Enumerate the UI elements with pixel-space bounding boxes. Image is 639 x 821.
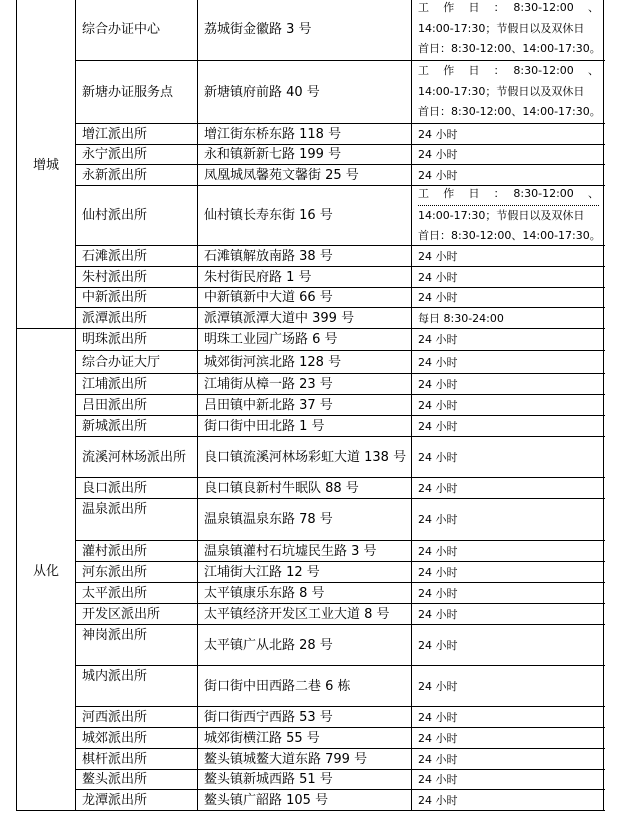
table-row: 城内派出所街口街中田西路二巷 6 栋24 小时 xyxy=(76,666,605,707)
station-address: 鳌头镇广韶路 105 号 xyxy=(198,790,412,810)
station-name: 新塘办证服务点 xyxy=(76,61,198,123)
station-address: 街口街中田北路 1 号 xyxy=(198,416,412,436)
station-name: 河西派出所 xyxy=(76,707,198,727)
station-address: 太平镇经济开发区工业大道 8 号 xyxy=(198,604,412,624)
station-name: 棋杆派出所 xyxy=(76,749,198,769)
station-name: 增江派出所 xyxy=(76,124,198,144)
office-hours: 24 小时 xyxy=(412,749,604,769)
office-hours: 24 小时 xyxy=(412,437,604,477)
table-row: 温泉派出所温泉镇温泉东路 78 号24 小时 xyxy=(76,499,605,541)
office-hours-line: 首日：8:30-12:00、14:00-17:30。 xyxy=(418,226,599,245)
table-row: 中新派出所中新镇新中大道 66 号24 小时 xyxy=(76,288,605,308)
table-row: 新城派出所街口街中田北路 1 号24 小时 xyxy=(76,416,605,437)
station-address: 太平镇康乐东路 8 号 xyxy=(198,583,412,603)
station-name: 中新派出所 xyxy=(76,288,198,307)
station-address: 石滩镇解放南路 38 号 xyxy=(198,246,412,266)
station-address: 中新镇新中大道 66 号 xyxy=(198,288,412,307)
station-address: 派潭镇派潭大道中 399 号 xyxy=(198,308,412,328)
station-address: 街口街中田西路二巷 6 栋 xyxy=(198,666,412,706)
station-address: 江埔街从樟一路 23 号 xyxy=(198,374,412,394)
table-row: 朱村派出所朱村街民府路 1 号24 小时 xyxy=(76,267,605,288)
office-hours: 24 小时 xyxy=(412,395,604,415)
office-hours: 24 小时 xyxy=(412,165,604,185)
office-hours: 24 小时 xyxy=(412,246,604,266)
table-row: 永宁派出所永和镇新新七路 199 号24 小时 xyxy=(76,145,605,165)
station-name: 新城派出所 xyxy=(76,416,198,436)
table-row: 增江派出所增江街东桥东路 118 号24 小时 xyxy=(76,124,605,145)
station-address: 朱村街民府路 1 号 xyxy=(198,267,412,287)
station-address: 城郊街河滨北路 128 号 xyxy=(198,351,412,373)
table-row: 鳌头派出所鳌头镇新城西路 51 号24 小时 xyxy=(76,770,605,790)
office-hours-line: 工 作 日 ： 8:30-12:00 、 xyxy=(418,0,599,19)
station-address: 鳌头镇城鳌大道东路 799 号 xyxy=(198,749,412,769)
station-name: 良口派出所 xyxy=(76,478,198,498)
station-name: 永新派出所 xyxy=(76,165,198,185)
table-row: 江埔派出所江埔街从樟一路 23 号24 小时 xyxy=(76,374,605,395)
station-name: 江埔派出所 xyxy=(76,374,198,394)
table-row: 神岗派出所太平镇广从北路 28 号24 小时 xyxy=(76,625,605,666)
station-name: 石滩派出所 xyxy=(76,246,198,266)
station-name: 综合办证大厅 xyxy=(76,351,198,373)
station-name: 开发区派出所 xyxy=(76,604,198,624)
table-row: 仙村派出所仙村镇长寿东街 16 号工 作 日 ： 8:30-12:00 、14:… xyxy=(76,186,605,246)
office-hours: 24 小时 xyxy=(412,145,604,164)
station-address: 鳌头镇新城西路 51 号 xyxy=(198,770,412,789)
district-name: 增城 xyxy=(17,0,76,329)
office-hours: 每日 8:30-24:00 xyxy=(412,308,604,328)
table-row: 流溪河林场派出所良口镇流溪河林场彩虹大道 138 号24 小时 xyxy=(76,437,605,478)
station-name: 温泉派出所 xyxy=(76,499,198,540)
office-hours: 24 小时 xyxy=(412,604,604,624)
table-row: 太平派出所太平镇康乐东路 8 号24 小时 xyxy=(76,583,605,604)
office-hours: 24 小时 xyxy=(412,562,604,582)
station-address: 良口镇良新村牛眠队 88 号 xyxy=(198,478,412,498)
office-hours: 24 小时 xyxy=(412,267,604,287)
office-hours: 24 小时 xyxy=(412,625,604,665)
office-hours: 24 小时 xyxy=(412,790,604,810)
office-hours: 24 小时 xyxy=(412,728,604,748)
office-hours: 24 小时 xyxy=(412,374,604,394)
table-row: 综合办证大厅城郊街河滨北路 128 号24 小时 xyxy=(76,351,605,374)
station-name: 灌村派出所 xyxy=(76,541,198,561)
station-name: 明珠派出所 xyxy=(76,329,198,350)
station-name: 派潭派出所 xyxy=(76,308,198,328)
office-hours-line: 首日：8:30-12:00、14:00-17:30。 xyxy=(418,102,599,123)
office-hours: 24 小时 xyxy=(412,478,604,498)
table-row: 开发区派出所太平镇经济开发区工业大道 8 号24 小时 xyxy=(76,604,605,625)
office-hours: 工 作 日 ： 8:30-12:00 、14:00-17:30；节假日以及双休日… xyxy=(412,186,604,245)
station-address: 城郊街横江路 55 号 xyxy=(198,728,412,748)
office-hours: 24 小时 xyxy=(412,288,604,307)
office-hours-line: 14:00-17:30；节假日以及双休日 xyxy=(418,82,599,103)
office-hours-line: 14:00-17:30；节假日以及双休日 xyxy=(418,206,599,227)
office-hours: 24 小时 xyxy=(412,499,604,540)
office-hours: 24 小时 xyxy=(412,124,604,144)
station-address: 凤凰城凤馨苑文馨街 25 号 xyxy=(198,165,412,185)
table-row: 永新派出所凤凰城凤馨苑文馨街 25 号24 小时 xyxy=(76,165,605,186)
office-hours-line: 工 作 日 ： 8:30-12:00 、 xyxy=(418,61,599,82)
station-address: 街口街西宁西路 53 号 xyxy=(198,707,412,727)
office-hours-line: 工 作 日 ： 8:30-12:00 、 xyxy=(418,186,599,206)
office-hours: 24 小时 xyxy=(412,416,604,436)
station-name: 朱村派出所 xyxy=(76,267,198,287)
station-name: 永宁派出所 xyxy=(76,145,198,164)
office-hours: 24 小时 xyxy=(412,541,604,561)
table-row: 新塘办证服务点新塘镇府前路 40 号工 作 日 ： 8:30-12:00 、14… xyxy=(76,61,605,124)
table-row: 河东派出所江埔街大江路 12 号24 小时 xyxy=(76,562,605,583)
office-hours-line: 14:00-17:30；节假日以及双休日 xyxy=(418,19,599,40)
table-row: 棋杆派出所鳌头镇城鳌大道东路 799 号24 小时 xyxy=(76,749,605,770)
table-row: 吕田派出所吕田镇中新北路 37 号24 小时 xyxy=(76,395,605,416)
station-address: 温泉镇温泉东路 78 号 xyxy=(198,499,412,540)
station-address: 增江街东桥东路 118 号 xyxy=(198,124,412,144)
table-row: 灌村派出所温泉镇灌村石坑墟民生路 3 号24 小时 xyxy=(76,541,605,562)
district-group: 增城综合办证中心荔城街金徽路 3 号工 作 日 ： 8:30-12:00 、14… xyxy=(16,0,605,329)
district-name: 从化 xyxy=(17,329,76,811)
office-hours: 24 小时 xyxy=(412,666,604,706)
station-name: 城郊派出所 xyxy=(76,728,198,748)
station-address: 温泉镇灌村石坑墟民生路 3 号 xyxy=(198,541,412,561)
station-name: 龙潭派出所 xyxy=(76,790,198,810)
station-address: 新塘镇府前路 40 号 xyxy=(198,61,412,123)
office-hours: 24 小时 xyxy=(412,770,604,789)
station-name: 仙村派出所 xyxy=(76,186,198,245)
station-name: 吕田派出所 xyxy=(76,395,198,415)
office-hours-line: 首日：8:30-12:00、14:00-17:30。 xyxy=(418,39,599,60)
table-row: 河西派出所街口街西宁西路 53 号24 小时 xyxy=(76,707,605,728)
station-address: 永和镇新新七路 199 号 xyxy=(198,145,412,164)
station-address: 良口镇流溪河林场彩虹大道 138 号 xyxy=(198,437,412,477)
station-address: 明珠工业园广场路 6 号 xyxy=(198,329,412,350)
office-hours: 24 小时 xyxy=(412,351,604,373)
station-name: 鳌头派出所 xyxy=(76,770,198,789)
station-address: 仙村镇长寿东街 16 号 xyxy=(198,186,412,245)
office-hours: 24 小时 xyxy=(412,583,604,603)
table-row: 明珠派出所明珠工业园广场路 6 号24 小时 xyxy=(76,329,605,351)
station-name: 河东派出所 xyxy=(76,562,198,582)
station-name: 太平派出所 xyxy=(76,583,198,603)
office-hours: 24 小时 xyxy=(412,329,604,350)
station-address: 太平镇广从北路 28 号 xyxy=(198,625,412,665)
station-name: 神岗派出所 xyxy=(76,625,198,665)
table-row: 派潭派出所派潭镇派潭大道中 399 号每日 8:30-24:00 xyxy=(76,308,605,329)
office-hours: 工 作 日 ： 8:30-12:00 、14:00-17:30；节假日以及双休日… xyxy=(412,61,604,123)
station-address: 吕田镇中新北路 37 号 xyxy=(198,395,412,415)
table-row: 石滩派出所石滩镇解放南路 38 号24 小时 xyxy=(76,246,605,267)
table-row: 城郊派出所城郊街横江路 55 号24 小时 xyxy=(76,728,605,749)
table-row: 良口派出所良口镇良新村牛眠队 88 号24 小时 xyxy=(76,478,605,499)
station-name: 城内派出所 xyxy=(76,666,198,706)
police-stations-table: 增城综合办证中心荔城街金徽路 3 号工 作 日 ： 8:30-12:00 、14… xyxy=(16,0,605,811)
office-hours: 工 作 日 ： 8:30-12:00 、14:00-17:30；节假日以及双休日… xyxy=(412,0,604,60)
table-row: 龙潭派出所鳌头镇广韶路 105 号24 小时 xyxy=(76,790,605,811)
station-name: 综合办证中心 xyxy=(76,0,198,60)
district-group: 从化明珠派出所明珠工业园广场路 6 号24 小时综合办证大厅城郊街河滨北路 12… xyxy=(16,329,605,811)
office-hours: 24 小时 xyxy=(412,707,604,727)
table-row: 综合办证中心荔城街金徽路 3 号工 作 日 ： 8:30-12:00 、14:0… xyxy=(76,0,605,61)
station-name: 流溪河林场派出所 xyxy=(76,437,198,477)
station-address: 江埔街大江路 12 号 xyxy=(198,562,412,582)
station-address: 荔城街金徽路 3 号 xyxy=(198,0,412,60)
